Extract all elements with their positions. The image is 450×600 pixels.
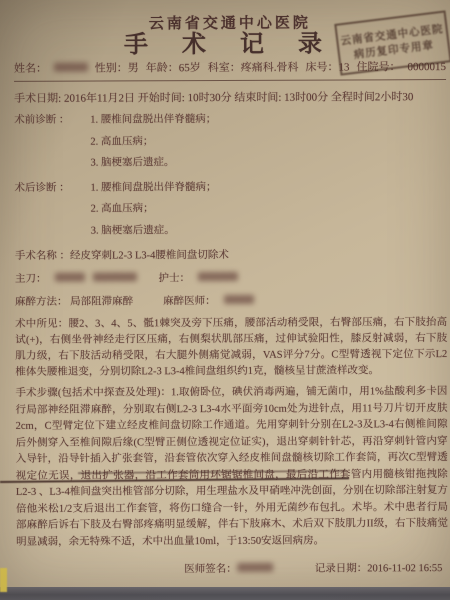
- preop-item: 1. 腰椎间盘脱出伴脊髓病；: [90, 109, 216, 131]
- patient-department: 科室：疼痛科.骨科: [208, 60, 299, 76]
- yellow-paper-edge: [0, 568, 7, 592]
- redacted-patient-name: [54, 63, 88, 72]
- patient-age: 年龄：65岁: [146, 60, 201, 76]
- photo-background-edge: [0, 587, 450, 600]
- preop-diagnosis-label: 术前诊断 ：: [14, 113, 90, 175]
- postop-item: 2. 高血压病；: [91, 198, 217, 220]
- nurse-label: 护士：: [158, 271, 190, 287]
- anesthetist-label: 麻醉医师：: [163, 294, 216, 310]
- surgical-steps: 手术步骤(包括术中探查及处理)：1.取俯卧位，碘伏消毒两遍，铺无菌巾，用1%盐酸…: [15, 384, 448, 551]
- document-photo: 云南省交通中心医院 手 术 记 录 姓名： 性别：男 年龄：65岁 科室：疼痛科…: [0, 0, 450, 600]
- anesthesia-row: 麻醉方法： 局部阻滞麻醉 麻醉医师：: [15, 293, 447, 311]
- patient-gender: 性别：男: [95, 60, 139, 76]
- surgeon-label: 主刀：: [15, 272, 47, 288]
- record-date-value: 2016-11-02 16:55: [367, 563, 442, 574]
- record-date-label: 记录日期：: [315, 563, 368, 574]
- postop-item: 3. 脑梗塞后遗症。: [91, 220, 217, 242]
- preop-diagnosis: 术前诊断 ： 1. 腰椎间盘脱出伴脊髓病； 2. 高血压病； 3. 脑梗塞后遗症…: [14, 111, 446, 174]
- page-content: 云南省交通中心医院 手 术 记 录 姓名： 性别：男 年龄：65岁 科室：疼痛科…: [0, 0, 450, 589]
- postop-diagnosis-label: 术后诊断 ：: [15, 180, 91, 242]
- redacted-anesthetist-name: [224, 295, 254, 304]
- surgery-date-line: 手术日期: 2016年11月2日 开始时间: 10时30分 结束时间: 13时0…: [14, 89, 446, 107]
- anesthesia-method: 麻醉方法： 局部阻滞麻醉: [15, 294, 133, 311]
- redacted-assistant-name: [92, 272, 136, 281]
- signature-label: 医师签名：: [184, 564, 237, 575]
- intraoperative-findings: 术中所见：腰2、3、4、5、骶1棘突及旁下压痛，腰部活动稍受限，右臀部压痛，右下…: [15, 315, 447, 381]
- preop-item: 2. 高血压病；: [90, 131, 216, 153]
- operation-name-row: 手术名称 ：经皮穿刺L2-3 L3-4腰椎间盘切除术: [15, 247, 447, 265]
- record-date: 记录日期：2016-11-02 16:55: [315, 561, 443, 578]
- surgeon-row: 主刀： 护士：: [15, 270, 447, 288]
- surgical-record-page: 云南省交通中心医院 手 术 记 录 姓名： 性别：男 年龄：65岁 科室：疼痛科…: [0, 0, 450, 588]
- signature-row: 医师签名： 记录日期：2016-11-02 16:55: [16, 561, 448, 579]
- preop-item: 3. 脑梗塞后遗症。: [90, 152, 216, 174]
- patient-name-label: 姓名：: [14, 61, 47, 77]
- redacted-signature: [237, 563, 273, 572]
- postop-item: 1. 腰椎间盘脱出伴脊髓病；: [90, 177, 216, 199]
- postop-diagnosis: 术后诊断 ： 1. 腰椎间盘脱出伴脊髓病； 2. 高血压病； 3. 脑梗塞后遗症…: [15, 179, 447, 242]
- redacted-surgeon-name: [54, 273, 84, 282]
- physician-signature: 医师签名：: [184, 562, 273, 578]
- redacted-nurse-name: [198, 272, 238, 281]
